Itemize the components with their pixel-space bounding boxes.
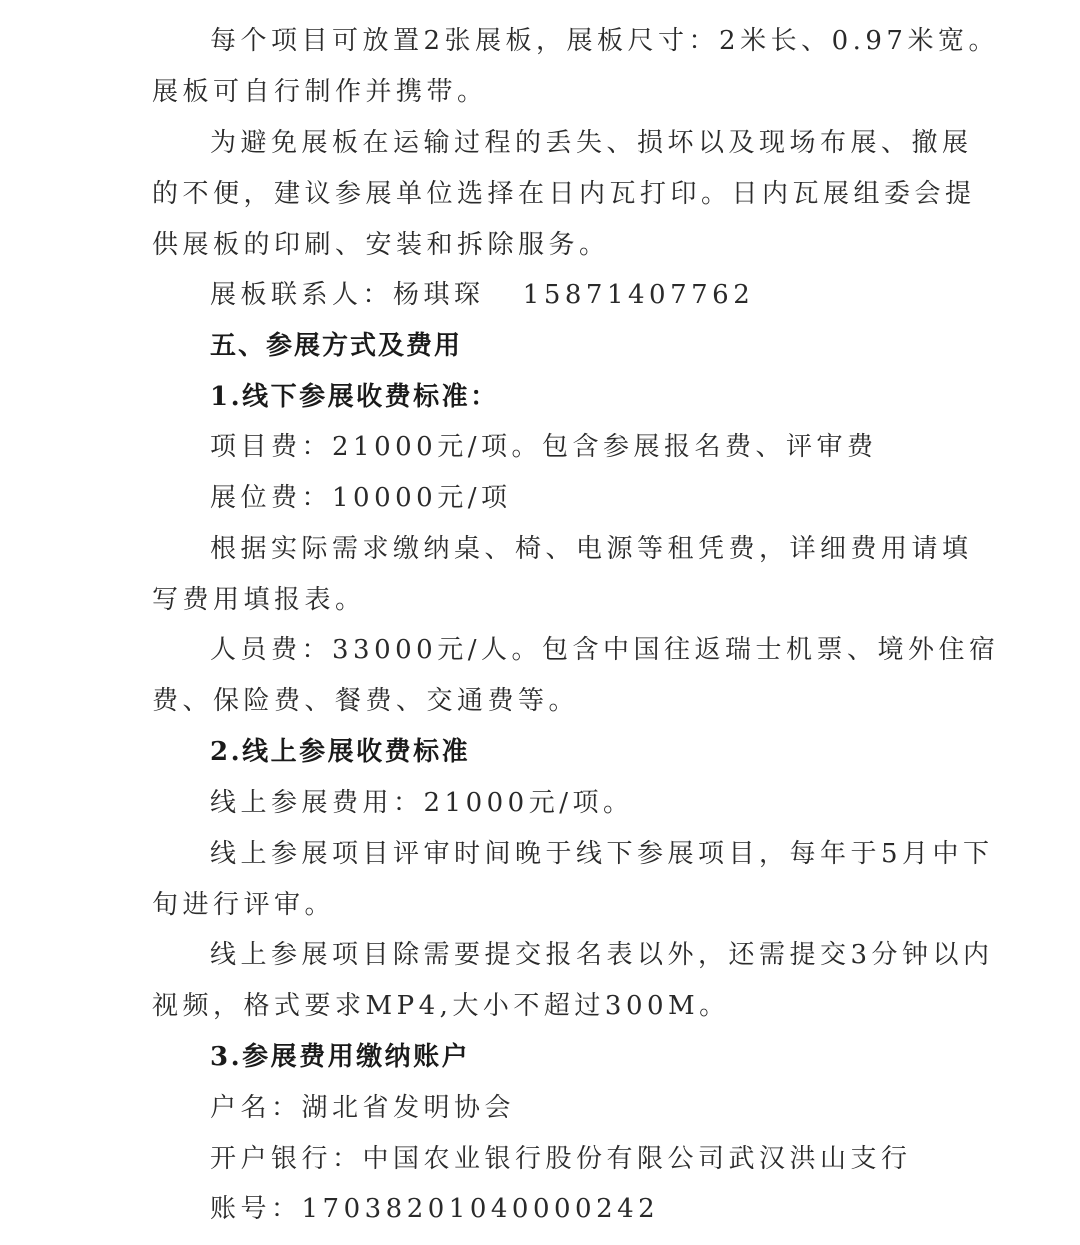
- online-review-line-1: 线上参展项目评审时间晚于线下参展项目，每年于5月中下: [210, 829, 960, 880]
- paragraph-board-size-line-1: 每个项目可放置2张展板，展板尺寸：2米长、0.97米宽。: [210, 16, 960, 67]
- rental-fee-line-1: 根据实际需求缴纳桌、椅、电源等租凭费，详细费用请填: [210, 524, 960, 575]
- online-fee-line: 线上参展费用：21000元/项。: [210, 778, 960, 829]
- bank-line: 开户银行：中国农业银行股份有限公司武汉洪山支行: [210, 1134, 960, 1185]
- subheading-online-fees: 2.线上参展收费标准: [210, 727, 960, 778]
- online-video-line-2: 视频，格式要求MP4,大小不超过300M。: [152, 981, 952, 1032]
- rental-fee-line-2: 写费用填报表。: [152, 575, 952, 626]
- personnel-fee-line-1: 人员费：33000元/人。包含中国往返瑞士机票、境外住宿: [210, 625, 960, 676]
- account-number-line: 账号：17038201040000242: [210, 1184, 960, 1235]
- online-review-line-2: 旬进行评审。: [152, 880, 952, 931]
- paragraph-board-size-line-2: 展板可自行制作并携带。: [152, 67, 952, 118]
- personnel-fee-line-2: 费、保险费、餐费、交通费等。: [152, 676, 952, 727]
- section-heading-fees: 五、参展方式及费用: [210, 321, 960, 372]
- online-video-line-1: 线上参展项目除需要提交报名表以外，还需提交3分钟以内: [210, 930, 960, 981]
- board-contact-line: 展板联系人：杨琪琛 15871407762: [210, 270, 960, 321]
- paragraph-printing-line-3: 供展板的印刷、安装和拆除服务。: [152, 220, 952, 271]
- paragraph-printing-line-1: 为避免展板在运输过程的丢失、损坏以及现场布展、撤展: [210, 118, 960, 169]
- project-fee-line: 项目费：21000元/项。包含参展报名费、评审费: [210, 422, 960, 473]
- paragraph-printing-line-2: 的不便，建议参展单位选择在日内瓦打印。日内瓦展组委会提: [152, 169, 952, 220]
- subheading-offline-fees: 1.线下参展收费标准：: [210, 372, 960, 423]
- document-page: 每个项目可放置2张展板，展板尺寸：2米长、0.97米宽。 展板可自行制作并携带。…: [0, 0, 1080, 1245]
- booth-fee-line: 展位费：10000元/项: [210, 473, 960, 524]
- account-name-line: 户名：湖北省发明协会: [210, 1083, 960, 1134]
- subheading-payment-account: 3.参展费用缴纳账户: [210, 1032, 960, 1083]
